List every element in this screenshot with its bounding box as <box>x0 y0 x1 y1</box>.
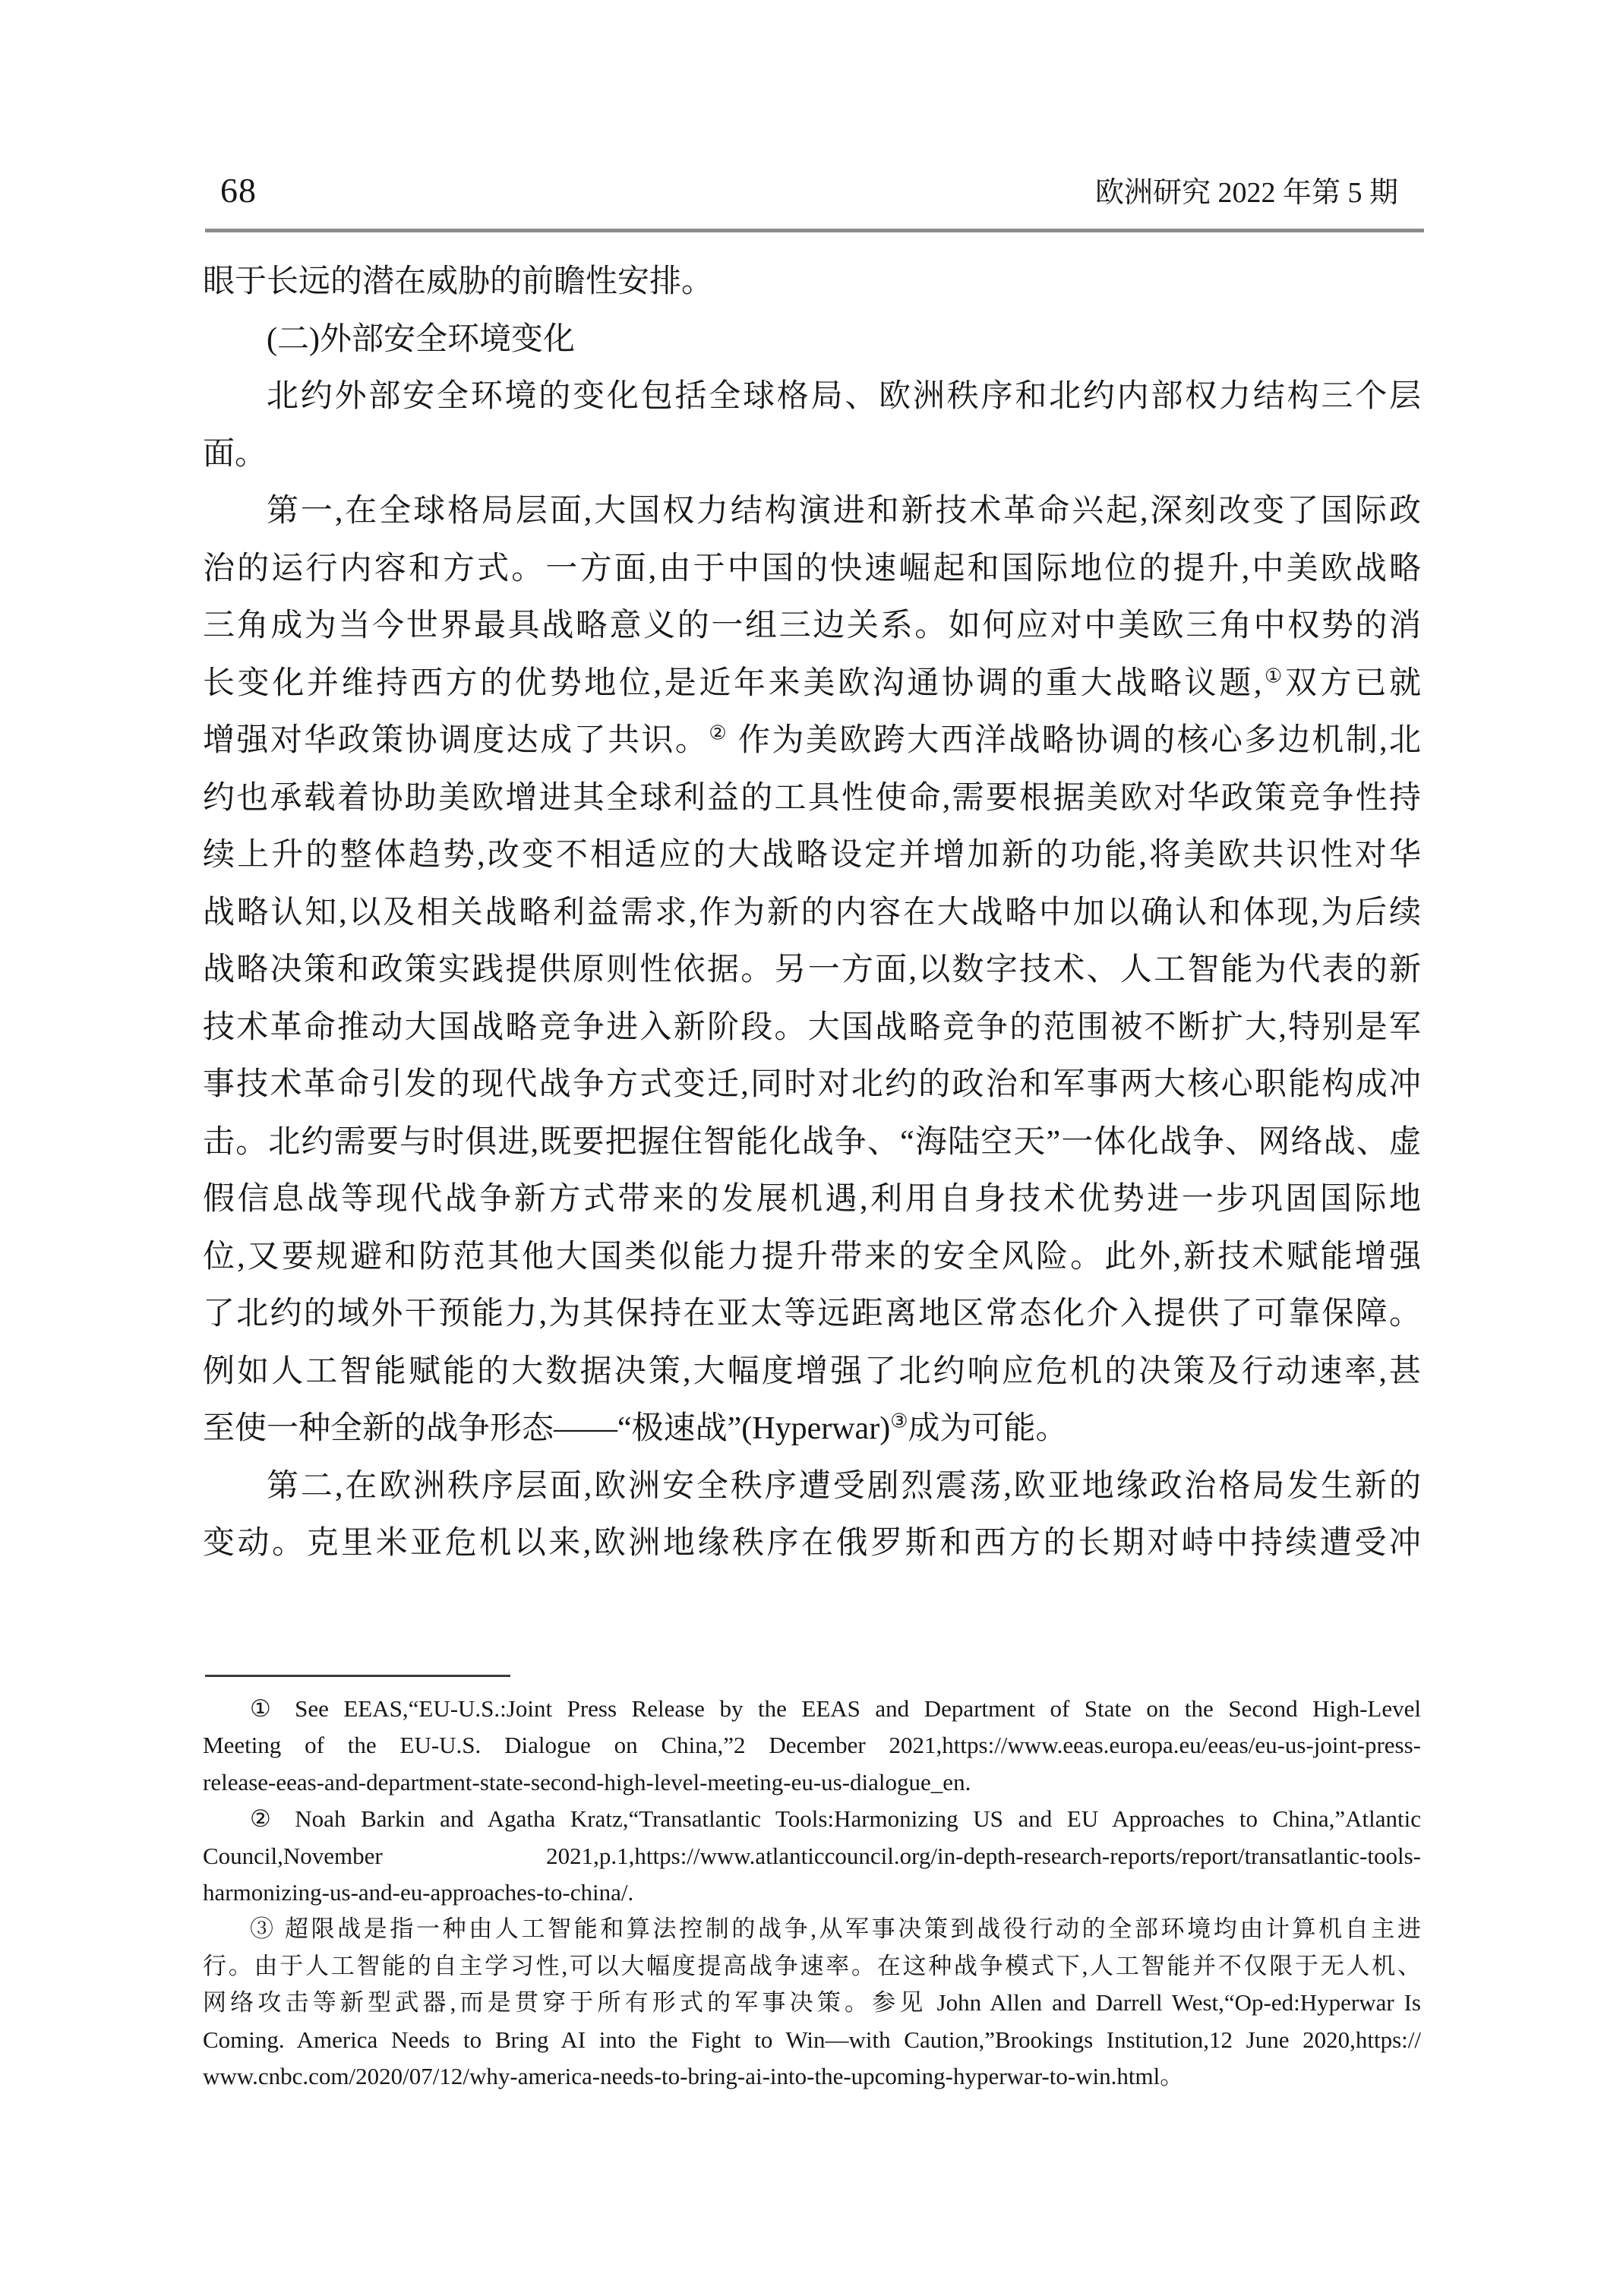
body-line: 三角成为当今世界最具战略意义的一组三边关系。如何应对中美欧三角中权势的消 <box>203 598 1421 655</box>
body-line: 长变化并维持西方的优势地位,是近年来美欧沟通协调的重大战略议题,①双方已就 <box>203 655 1421 713</box>
journal-page: 68 欧洲研究 2022 年第 5 期 眼于长远的潜在威胁的前瞻性安排。(二)外… <box>0 0 1623 2296</box>
footnote-line: 网络攻击等新型武器,而是贯穿于所有形式的军事决策。参见 John Allen a… <box>203 1985 1421 2021</box>
footnote-ref-marker: ③ <box>890 1410 908 1432</box>
footnote-line: www.cnbc.com/2020/07/12/why-america-need… <box>203 2058 1421 2095</box>
article-body: 眼于长远的潜在威胁的前瞻性安排。(二)外部安全环境变化北约外部安全环境的变化包括… <box>203 254 1421 1573</box>
body-line: 面。 <box>203 426 1421 484</box>
body-line: 技术革命推动大国战略竞争进入新阶段。大国战略竞争的范围被不断扩大,特别是军 <box>203 1000 1421 1057</box>
footnotes-block: ① See EEAS,“EU-U.S.:Joint Press Release … <box>203 1691 1421 2095</box>
body-line: 眼于长远的潜在威胁的前瞻性安排。 <box>203 254 1421 311</box>
body-line: 了北约的域外干预能力,为其保持在亚太等远距离地区常态化介入提供了可靠保障。 <box>203 1286 1421 1344</box>
footnote-line: Meeting of the EU-U.S. Dialogue on China… <box>203 1727 1421 1764</box>
body-line: 变动。克里米亚危机以来,欧洲地缘秩序在俄罗斯和西方的长期对峙中持续遭受冲 <box>203 1515 1421 1573</box>
body-line: 增强对华政策协调度达成了共识。② 作为美欧跨大西洋战略协调的核心多边机制,北 <box>203 712 1421 770</box>
journal-issue-header: 欧洲研究 2022 年第 5 期 <box>1095 169 1424 216</box>
footnote-ref-marker: ② <box>709 722 728 744</box>
body-line: 位,又要规避和防范其他大国类似能力提升带来的安全风险。此外,新技术赋能增强 <box>203 1229 1421 1287</box>
body-line: 第一,在全球格局层面,大国权力结构演进和新技术革命兴起,深刻改变了国际政 <box>203 483 1421 541</box>
body-line: 击。北约需要与时俱进,既要把握住智能化战争、“海陆空天”一体化战争、网络战、虚 <box>203 1114 1421 1172</box>
footnote-line: Coming. America Needs to Bring AI into t… <box>203 2022 1421 2058</box>
footnote-line: harmonizing-us-and-eu-approaches-to-chin… <box>203 1874 1421 1911</box>
body-line: 约也承载着协助美欧增进其全球利益的工具性使命,需要根据美欧对华政策竞争性持 <box>203 770 1421 828</box>
footnote-line: ① See EEAS,“EU-U.S.:Joint Press Release … <box>203 1691 1421 1727</box>
body-line: 第二,在欧洲秩序层面,欧洲安全秩序遭受剧烈震荡,欧亚地缘政治格局发生新的 <box>203 1458 1421 1516</box>
footnote-separator <box>205 1675 510 1677</box>
body-line: (二)外部安全环境变化 <box>203 311 1421 369</box>
body-line: 治的运行内容和方式。一方面,由于中国的快速崛起和国际地位的提升,中美欧战略 <box>203 541 1421 598</box>
body-line: 北约外部安全环境的变化包括全球格局、欧洲秩序和北约内部权力结构三个层 <box>203 368 1421 426</box>
page-number: 68 <box>205 167 257 214</box>
footnote-line: ③ 超限战是指一种由人工智能和算法控制的战争,从军事决策到战役行动的全部环境均由… <box>203 1911 1421 1947</box>
body-line: 续上升的整体趋势,改变不相适应的大战略设定并增加新的功能,将美欧共识性对华 <box>203 827 1421 885</box>
body-line: 战略认知,以及相关战略利益需求,作为新的内容在大战略中加以确认和体现,为后续 <box>203 885 1421 943</box>
body-line: 战略决策和政策实践提供原则性依据。另一方面,以数字技术、人工智能为代表的新 <box>203 942 1421 1000</box>
footnote-line: ② Noah Barkin and Agatha Kratz,“Transatl… <box>203 1801 1421 1837</box>
running-head: 68 欧洲研究 2022 年第 5 期 <box>205 167 1424 214</box>
footnote-line: 行。由于人工智能的自主学习性,可以大幅度提高战争速率。在这种战争模式下,人工智能… <box>203 1948 1421 1985</box>
body-line: 至使一种全新的战争形态——“极速战”(Hyperwar)③成为可能。 <box>203 1401 1421 1458</box>
body-line: 假信息战等现代战争新方式带来的发展机遇,利用自身技术优势进一步巩固国际地 <box>203 1171 1421 1229</box>
body-line: 例如人工智能赋能的大数据决策,大幅度增强了北约响应危机的决策及行动速率,甚 <box>203 1344 1421 1401</box>
header-rule <box>205 229 1424 232</box>
footnote-line: Council,November 2021,p.1,https://www.at… <box>203 1838 1421 1874</box>
footnote-ref-marker: ① <box>1261 665 1285 687</box>
footnote-line: release-eeas-and-department-state-second… <box>203 1764 1421 1801</box>
body-line: 事技术革命引发的现代战争方式变迁,同时对北约的政治和军事两大核心职能构成冲 <box>203 1056 1421 1114</box>
